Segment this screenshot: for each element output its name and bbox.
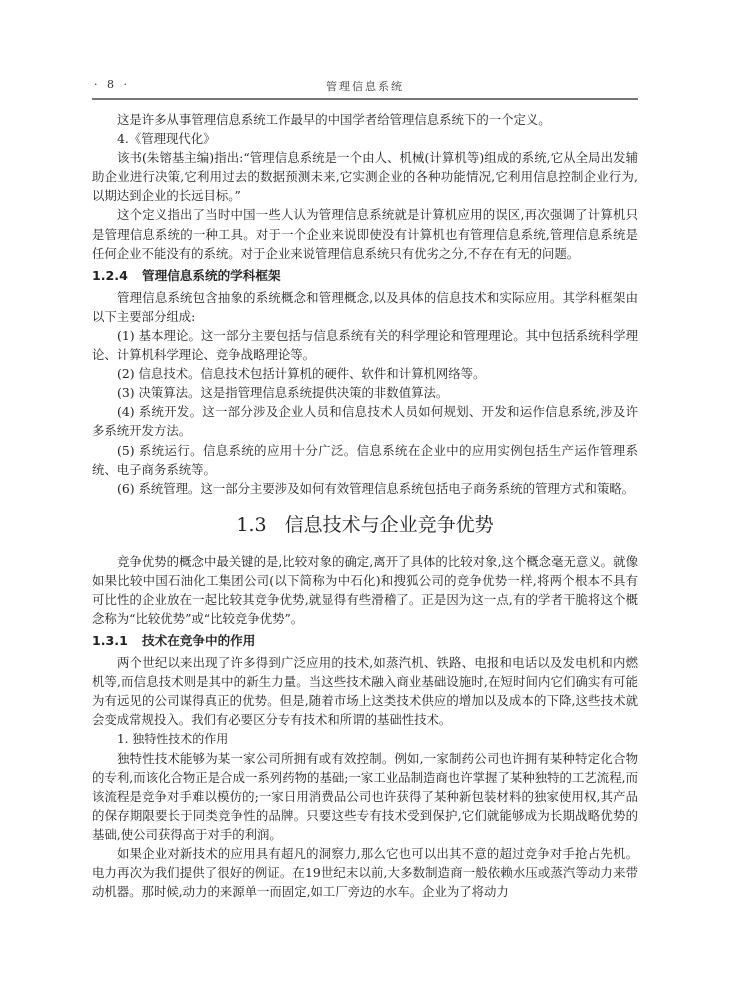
running-title: 管理信息系统 bbox=[92, 78, 638, 94]
list-item: (5) 系统运行。信息系统的应用十分广泛。信息系统在企业中的应用实例包括生产运作… bbox=[92, 441, 638, 479]
paragraph: 如果企业对新技术的应用具有超凡的洞察力,那么它也可以出其不意的超过竞争对手抢占先… bbox=[92, 844, 638, 901]
header-rule bbox=[92, 98, 638, 100]
paragraph: 这是许多从事管理信息系统工作最早的中国学者给管理信息系统下的一个定义。 bbox=[92, 110, 638, 129]
section-title: 技术在竞争中的作用 bbox=[142, 633, 255, 648]
subheading: 1. 独特性技术的作用 bbox=[92, 730, 638, 749]
chapter-section-heading-1-3: 1.3信息技术与企业竞争优势 bbox=[92, 512, 638, 538]
section-number: 1.3 bbox=[236, 514, 266, 536]
paragraph: 两个世纪以来出现了许多得到广泛应用的技术,如蒸汽机、铁路、电报和电话以及发电机和… bbox=[92, 653, 638, 729]
section-title: 信息技术与企业竞争优势 bbox=[285, 514, 494, 536]
paragraph: 这个定义指出了当时中国一些人认为管理信息系统就是计算机应用的误区,再次强调了计算… bbox=[92, 205, 638, 262]
paragraph: 独特性技术能够为某一家公司所拥有或有效控制。例如,一家制药公司也许拥有某种特定化… bbox=[92, 749, 638, 844]
section-number: 1.2.4 bbox=[92, 267, 142, 285]
section-heading-1-3-1: 1.3.1技术在竞争中的作用 bbox=[92, 632, 638, 650]
list-item: (1) 基本理论。这一部分主要包括与信息系统有关的科学理论和管理理论。其中包括系… bbox=[92, 326, 638, 364]
section-title: 管理信息系统的学科框架 bbox=[142, 268, 281, 283]
section-number: 1.3.1 bbox=[92, 632, 142, 650]
list-item: (6) 系统管理。这一部分主要涉及如何有效管理信息系统包括电子商务系统的管理方式… bbox=[92, 479, 638, 498]
list-item: (4) 系统开发。这一部分涉及企业人员和信息技术人员如何规划、开发和运作信息系统… bbox=[92, 402, 638, 440]
page-body: 这是许多从事管理信息系统工作最早的中国学者给管理信息系统下的一个定义。 4.《管… bbox=[92, 110, 638, 901]
paragraph: 竞争优势的概念中最关键的是,比较对象的确定,离开了具体的比较对象,这个概念毫无意… bbox=[92, 552, 638, 628]
list-label: 4.《管理现代化》 bbox=[92, 129, 638, 148]
page-header: · 8 · 管理信息系统 bbox=[92, 78, 638, 92]
list-item: (2) 信息技术。信息技术包括计算机的硬件、软件和计算机网络等。 bbox=[92, 364, 638, 383]
section-heading-1-2-4: 1.2.4管理信息系统的学科框架 bbox=[92, 267, 638, 285]
paragraph: 管理信息系统包含抽象的系统概念和管理概念,以及具体的信息技术和实际应用。其学科框… bbox=[92, 288, 638, 326]
list-item: (3) 决策算法。这是指管理信息系统提供决策的非数值算法。 bbox=[92, 383, 638, 402]
paragraph: 该书(朱镕基主编)指出:“管理信息系统是一个由人、机械(计算机等)组成的系统,它… bbox=[92, 148, 638, 205]
